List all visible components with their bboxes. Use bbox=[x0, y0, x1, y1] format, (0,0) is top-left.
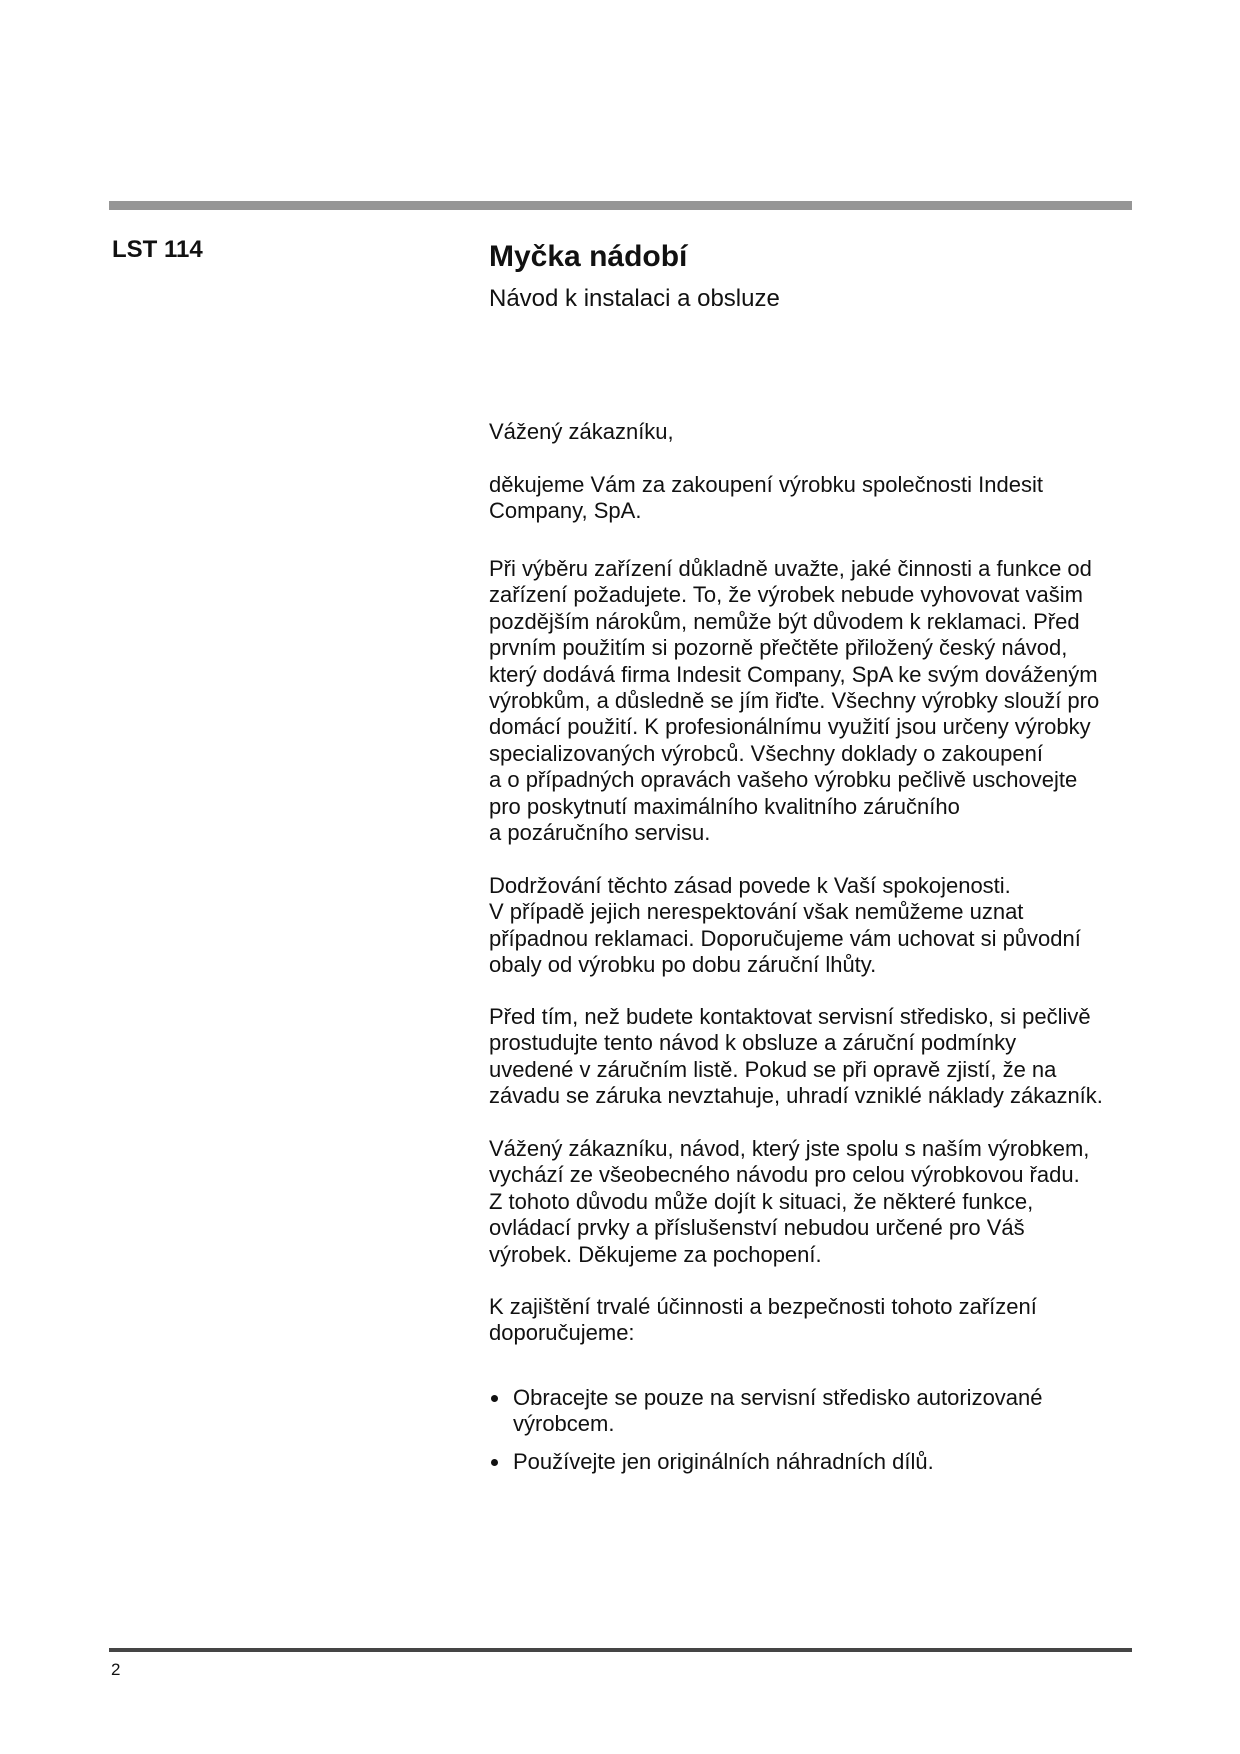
text-line: Používejte jen originálních náhradních d… bbox=[513, 1449, 1189, 1475]
text-line: výrobek. Děkujeme za pochopení. bbox=[489, 1242, 1189, 1268]
compliance-paragraph: Dodržování těchto zásad povede k Vaší sp… bbox=[489, 873, 1189, 979]
text-line: ovládací prvky a příslušenství nebudou u… bbox=[489, 1215, 1189, 1241]
page-number: 2 bbox=[111, 1660, 120, 1680]
text-line: Vážený zákazníku, bbox=[489, 419, 1189, 445]
page-title: Myčka nádobí bbox=[489, 240, 687, 274]
text-line: V případě jejich nerespektování však nem… bbox=[489, 899, 1189, 925]
text-line: domácí použití. K profesionálnímu využit… bbox=[489, 714, 1189, 740]
recommendation-intro: K zajištění trvalé účinnosti a bezpečnos… bbox=[489, 1294, 1189, 1347]
text-line: vychází ze všeobecného návodu pro celou … bbox=[489, 1162, 1189, 1188]
bullet-icon bbox=[491, 1459, 498, 1466]
text-line: K zajištění trvalé účinnosti a bezpečnos… bbox=[489, 1294, 1189, 1320]
list-item: Používejte jen originálních náhradních d… bbox=[489, 1449, 1189, 1475]
text-line: prvním použitím si pozorně přečtěte přil… bbox=[489, 635, 1189, 661]
service-paragraph: Před tím, než budete kontaktovat servisn… bbox=[489, 1004, 1189, 1110]
text-line: a pozáručního servisu. bbox=[489, 820, 1189, 846]
footer-rule bbox=[109, 1648, 1132, 1652]
text-line: Obracejte se pouze na servisní středisko… bbox=[513, 1385, 1189, 1411]
selection-paragraph: Při výběru zařízení důkladně uvažte, jak… bbox=[489, 556, 1189, 846]
recommendation-list: Obracejte se pouze na servisní středisko… bbox=[489, 1385, 1189, 1475]
list-item: Obracejte se pouze na servisní středisko… bbox=[489, 1385, 1189, 1438]
text-line: Z tohoto důvodu může dojít k situaci, že… bbox=[489, 1189, 1189, 1215]
text-line: případnou reklamaci. Doporučujeme vám uc… bbox=[489, 926, 1189, 952]
bullet-icon bbox=[491, 1395, 498, 1402]
text-line: obaly od výrobku po dobu záruční lhůty. bbox=[489, 952, 1189, 978]
greeting-paragraph: Vážený zákazníku, bbox=[489, 419, 1189, 445]
text-line: a o případných opravách vašeho výrobku p… bbox=[489, 767, 1189, 793]
text-line: uvedené v záručním listě. Pokud se při o… bbox=[489, 1057, 1189, 1083]
thanks-paragraph: děkujeme Vám za zakoupení výrobku společ… bbox=[489, 472, 1189, 525]
text-line: zařízení požadujete. To, že výrobek nebu… bbox=[489, 582, 1189, 608]
text-line: výrobcem. bbox=[513, 1411, 1189, 1437]
text-line: doporučujeme: bbox=[489, 1320, 1189, 1346]
general-manual-paragraph: Vážený zákazníku, návod, který jste spol… bbox=[489, 1136, 1189, 1268]
text-line: pro poskytnutí maximálního kvalitního zá… bbox=[489, 794, 1189, 820]
text-line: prostudujte tento návod k obsluze a záru… bbox=[489, 1030, 1189, 1056]
text-line: který dodává firma Indesit Company, SpA … bbox=[489, 662, 1189, 688]
text-line: Před tím, než budete kontaktovat servisn… bbox=[489, 1004, 1189, 1030]
text-line: Dodržování těchto zásad povede k Vaší sp… bbox=[489, 873, 1189, 899]
text-line: děkujeme Vám za zakoupení výrobku společ… bbox=[489, 472, 1189, 498]
text-line: Vážený zákazníku, návod, který jste spol… bbox=[489, 1136, 1189, 1162]
text-line: pozdějším nárokům, nemůže být důvodem k … bbox=[489, 609, 1189, 635]
text-line: specializovaných výrobců. Všechny doklad… bbox=[489, 741, 1189, 767]
header-rule bbox=[109, 201, 1132, 210]
text-line: výrobkům, a důsledně se jím řiďte. Všech… bbox=[489, 688, 1189, 714]
model-number: LST 114 bbox=[112, 236, 203, 264]
page-subtitle: Návod k instalaci a obsluze bbox=[489, 285, 780, 313]
text-line: závadu se záruka nevztahuje, uhradí vzni… bbox=[489, 1083, 1189, 1109]
text-line: Company, SpA. bbox=[489, 498, 1189, 524]
text-line: Při výběru zařízení důkladně uvažte, jak… bbox=[489, 556, 1189, 582]
